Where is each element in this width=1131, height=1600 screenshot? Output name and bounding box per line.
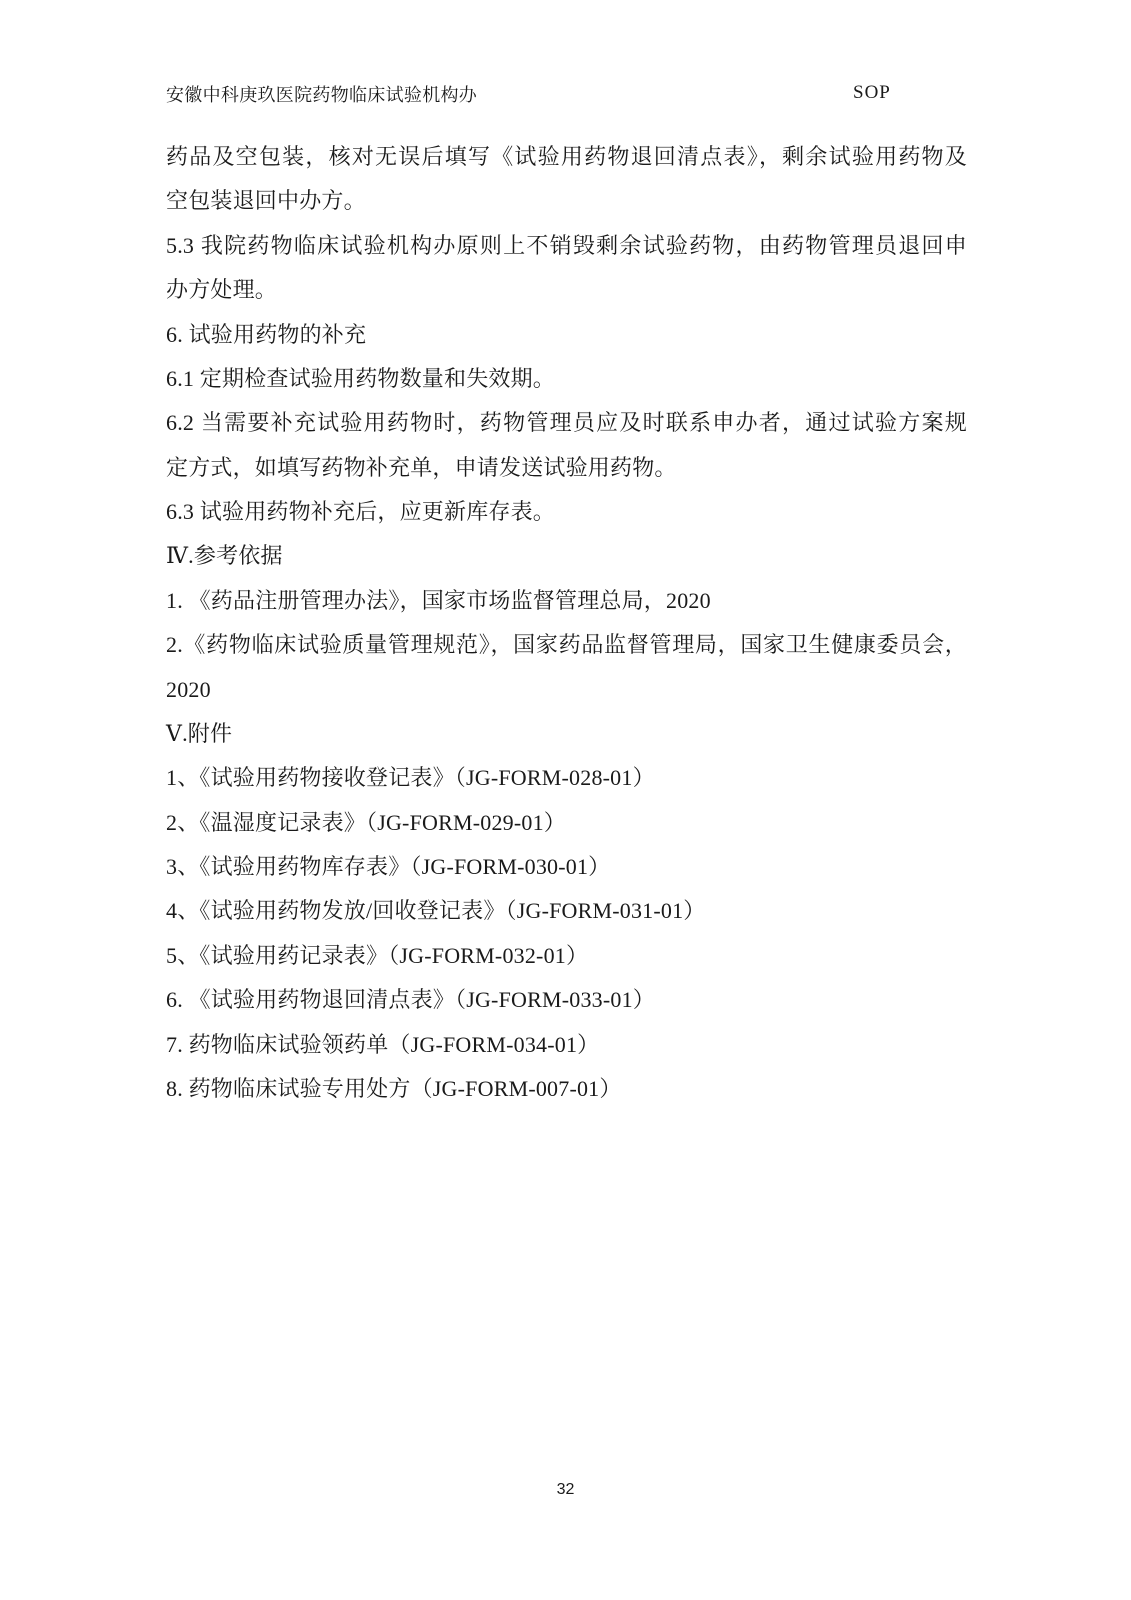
doc-line-5: 6. 试验用药物的补充 xyxy=(166,322,366,348)
doc-line-13: 2020 xyxy=(166,677,211,703)
doc-line-16: 2、《温湿度记录表》（JG-FORM-029-01） xyxy=(166,810,566,836)
document-page: 安徽中科庚玖医院药物临床试验机构办 SOP 药品及空包装，核对无误后填写《试验用… xyxy=(0,0,1131,1600)
doc-line-6: 6.1 定期检查试验用药物数量和失效期。 xyxy=(166,366,555,392)
doc-line-17: 3、《试验用药物库存表》（JG-FORM-030-01） xyxy=(166,854,610,880)
doc-line-7: 6.2 当需要补充试验用药物时，药物管理员应及时联系申办者，通过试验方案规 xyxy=(166,410,967,436)
doc-line-15: 1、《试验用药物接收登记表》（JG-FORM-028-01） xyxy=(166,765,655,791)
doc-line-4: 办方处理。 xyxy=(166,277,277,303)
doc-line-21: 7. 药物临床试验领药单（JG-FORM-034-01） xyxy=(166,1032,599,1058)
doc-line-19: 5、《试验用药记录表》（JG-FORM-032-01） xyxy=(166,943,588,969)
doc-line-1: 药品及空包装，核对无误后填写《试验用药物退回清点表》，剩余试验用药物及 xyxy=(166,144,967,170)
doc-line-3: 5.3 我院药物临床试验机构办原则上不销毁剩余试验药物，由药物管理员退回申 xyxy=(166,233,967,259)
header-institution: 安徽中科庚玖医院药物临床试验机构办 xyxy=(166,81,477,107)
doc-line-9: 6.3 试验用药物补充后，应更新库存表。 xyxy=(166,499,555,525)
doc-line-20: 6. 《试验用药物退回清点表》（JG-FORM-033-01） xyxy=(166,987,655,1013)
doc-line-8: 定方式，如填写药物补充单，申请发送试验用药物。 xyxy=(166,455,677,481)
doc-line-18: 4、《试验用药物发放/回收登记表》（JG-FORM-031-01） xyxy=(166,898,706,924)
doc-line-14: Ⅴ.附件 xyxy=(166,721,232,747)
doc-line-22: 8. 药物临床试验专用处方（JG-FORM-007-01） xyxy=(166,1076,622,1102)
header-doc-type: SOP xyxy=(853,82,891,104)
doc-line-11: 1. 《药品注册管理办法》，国家市场监督管理总局，2020 xyxy=(166,588,711,614)
doc-line-10: Ⅳ.参考依据 xyxy=(166,543,283,569)
page-number: 32 xyxy=(557,1481,575,1498)
doc-line-2: 空包装退回中办方。 xyxy=(166,188,366,214)
doc-line-12: 2.《药物临床试验质量管理规范》，国家药品监督管理局，国家卫生健康委员会， xyxy=(166,632,967,658)
page-footer: 32 xyxy=(0,1481,1131,1499)
